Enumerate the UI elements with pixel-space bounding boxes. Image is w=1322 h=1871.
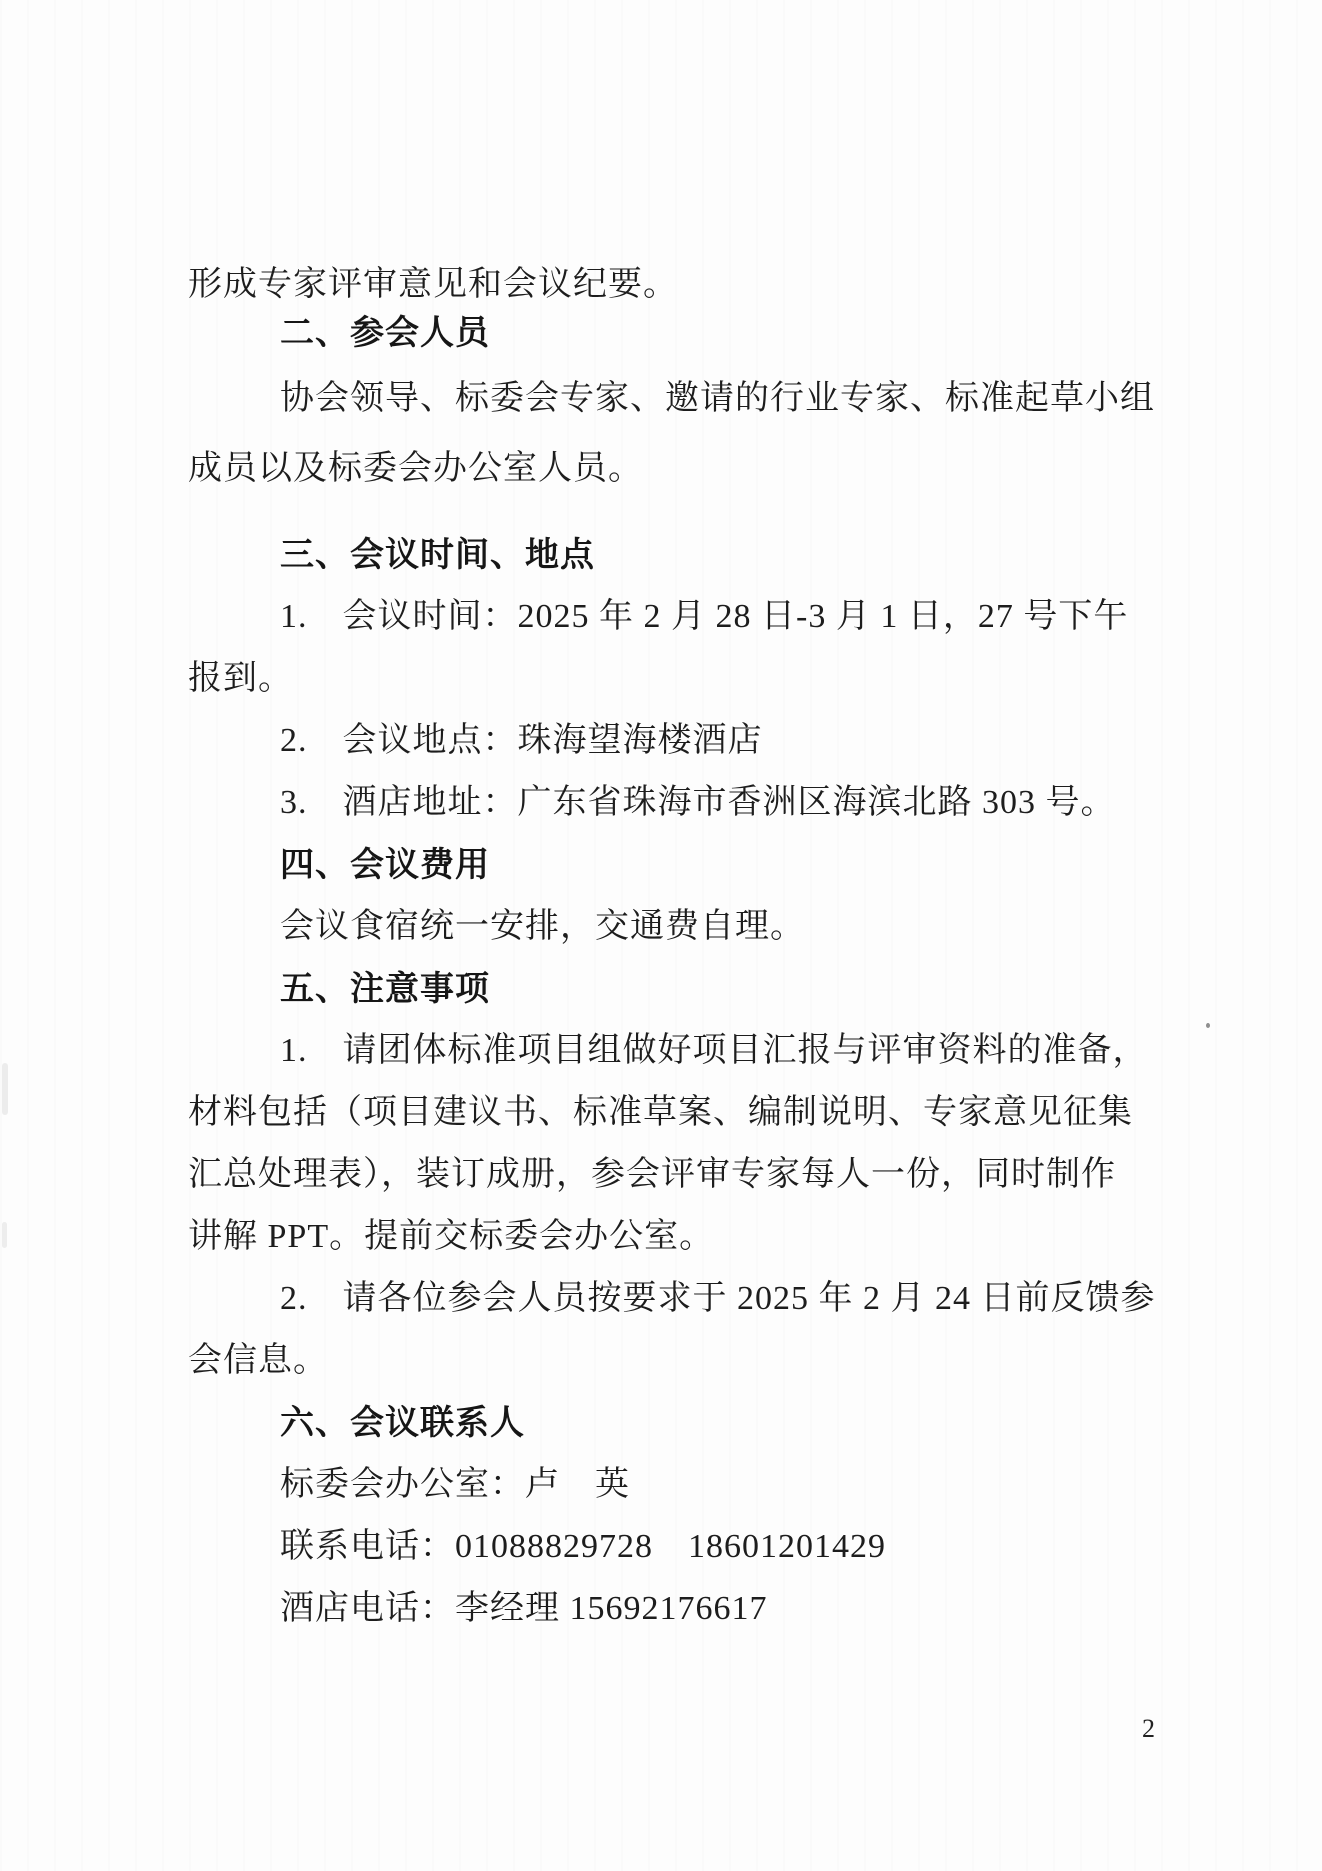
section-heading: 五、注意事项 [188,958,1134,1020]
text-line: 报到。 [188,648,1134,710]
text-line: 会议食宿统一安排，交通费自理。 [188,896,1134,958]
text-line: 成员以及标委会办公室人员。 [188,438,1134,500]
document-page: 形成专家评审意见和会议纪要。二、参会人员协会领导、标委会专家、邀请的行业专家、标… [0,0,1322,1871]
document-text-block: 形成专家评审意见和会议纪要。二、参会人员协会领导、标委会专家、邀请的行业专家、标… [188,254,1134,1640]
page-number: 2 [1142,1714,1155,1744]
text-line: 协会领导、标委会专家、邀请的行业专家、标准起草小组 [188,368,1134,430]
text-line: 联系电话：01088829728 18601201429 [188,1516,1134,1578]
scan-artifact-speck [1206,1023,1210,1028]
text-line: 材料包括（项目建议书、标准草案、编制说明、专家意见征集 [188,1082,1134,1144]
section-heading: 三、会议时间、地点 [188,524,1134,586]
scan-artifact-smudge [2,1063,8,1115]
section-heading: 四、会议费用 [188,834,1134,896]
text-line: 讲解 PPT。提前交标委会办公室。 [188,1206,1134,1268]
scan-artifact-smudge [2,1222,7,1248]
text-line: 1. 请团体标准项目组做好项目汇报与评审资料的准备， [188,1020,1134,1082]
text-line: 酒店电话：李经理 15692176617 [188,1578,1134,1640]
text-line: 1. 会议时间：2025 年 2 月 28 日-3 月 1 日，27 号下午 [188,586,1134,648]
text-line: 汇总处理表），装订成册，参会评审专家每人一份，同时制作 [188,1144,1134,1206]
text-line: 2. 会议地点：珠海望海楼酒店 [188,710,1134,772]
text-line: 会信息。 [188,1330,1134,1392]
text-line: 标委会办公室：卢 英 [188,1454,1134,1516]
text-line: 3. 酒店地址：广东省珠海市香洲区海滨北路 303 号。 [188,772,1134,834]
section-heading: 六、会议联系人 [188,1392,1134,1454]
text-line: 2. 请各位参会人员按要求于 2025 年 2 月 24 日前反馈参 [188,1268,1134,1330]
